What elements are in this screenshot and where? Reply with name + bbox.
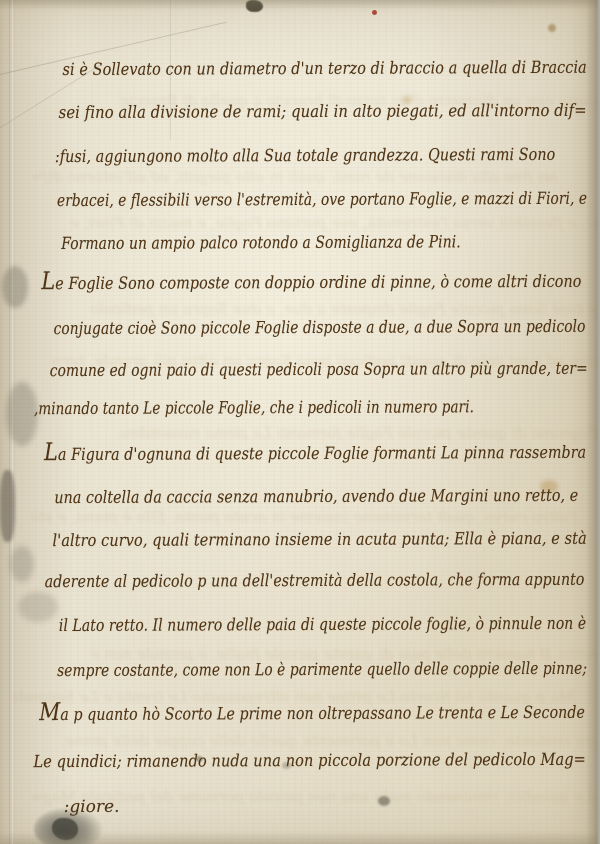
- manuscript-line: ,minando tanto Le piccole Foglie, che i …: [34, 397, 389, 433]
- manuscript-line: sempre costante, come non Lo è parimente…: [57, 658, 491, 694]
- manuscript-line: Formano un ampio palco rotondo a Somigli…: [61, 232, 392, 267]
- manuscript-line: :fusi, aggiungono molto alla Sua totale …: [55, 144, 481, 180]
- manuscript-line: il Lato retto. Il numero delle paia di q…: [59, 613, 498, 649]
- manuscript-line: erbacei, e flessibili verso l'estremità,…: [57, 188, 490, 224]
- manuscript-line: Ma p quanto hò Scorto Le prime non oltre…: [39, 702, 500, 738]
- manuscript-line: Le Foglie Sono composte con doppio ordin…: [41, 271, 502, 307]
- manuscript-line: La Figura d'ognuna di queste piccole Fog…: [44, 442, 504, 478]
- manuscript-line: l'altro curvo, quali terminano insieme i…: [52, 528, 513, 564]
- manuscript-line: una coltella da caccia senza manubrio, a…: [54, 485, 498, 521]
- manuscript-line: aderente al pedicolo p una dell'estremit…: [45, 569, 500, 605]
- manuscript-line: comune ed ogni paio di questi pedicoli p…: [50, 358, 491, 394]
- manuscript-line: conjugate cioè Sono piccole Foglie dispo…: [54, 316, 491, 352]
- manuscript-line: sei fino alla divisione de rami; quali i…: [59, 100, 524, 136]
- manuscript-text: si è Sollevato con un diametro d'un terz…: [0, 0, 600, 844]
- manuscript-line: Le quindici; rimanendo nuda una non picc…: [33, 749, 512, 785]
- page-right-edge: [586, 0, 600, 844]
- page-bottom-edge-shadow: [0, 832, 600, 844]
- manuscript-line: si è Sollevato con un diametro d'un terz…: [62, 57, 512, 93]
- page-top-edge-shadow: [0, 0, 600, 10]
- manuscript-page: si è Sollevato con un diametro d'un terz…: [0, 0, 600, 844]
- manuscript-line: :giore.: [64, 796, 184, 831]
